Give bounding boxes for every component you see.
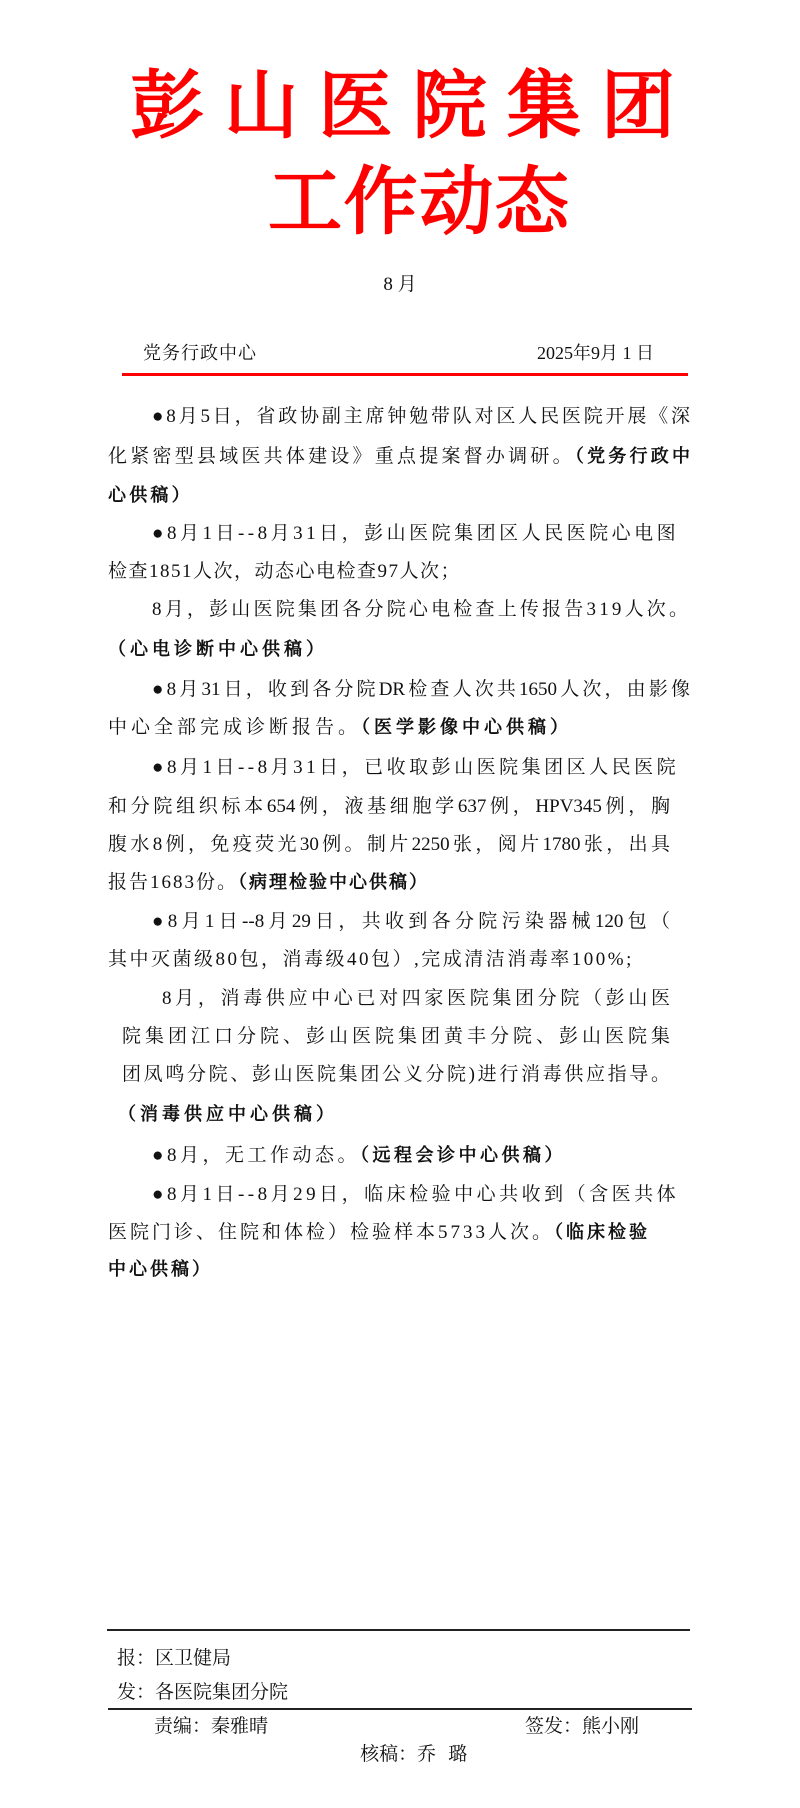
editor-credit: 责编：秦雅晴 [154,1712,268,1740]
source-note: 中心供稿） [108,1255,213,1285]
title-char: 山 [224,58,298,154]
issuer-credit: 签发：熊小刚 [525,1712,639,1740]
masthead-title-line1: 彭 山 医 院 集 团 [130,58,675,154]
source-note: （心电诊断中心供稿） [108,635,328,665]
source-note: （消毒供应中心供稿） [118,1100,338,1130]
source-note: 心供稿） [108,481,193,511]
issuing-department: 党务行政中心 [143,338,257,368]
body-line: ●8月31日，收到各分院DR检查人次共1650人次，由影像 [152,675,690,705]
issuer-label: 签发： [525,1715,582,1737]
body-line: 化紧密型县域医共体建设》重点提案督办调研。（党务行政中 [108,442,690,472]
footer-bottom-divider [108,1708,692,1710]
body-line: ●8月1日--8月31日，彭山医院集团区人民医院心电图 [152,519,679,549]
send-to-value: 各医院集团分院 [155,1681,288,1703]
send-to-label: 发： [117,1681,155,1703]
body-line: 其中灭菌级80包，消毒级40包）,完成清洁消毒率100%; [108,945,634,975]
title-char: 团 [601,58,675,154]
body-line: 8月，消毒供应中心已对四家医院集团分院（彭山医 [162,984,670,1014]
body-line: ●8月1日--8月31日，已收取彭山医院集团区人民医院 [152,753,679,783]
reviewer-name: 乔 璐 [417,1743,467,1765]
title-char: 态 [495,154,568,250]
report-to-line: 报：区卫健局 [117,1644,231,1672]
footer-top-divider [107,1629,690,1631]
title-char: 医 [318,58,392,154]
title-char: 动 [419,154,492,250]
body-line: 医院门诊、住院和体检）检验样本5733人次。（临床检验 [108,1218,650,1248]
body-line: ●8月1日--8月29日，共收到各分院污染器械120包（ [152,907,670,937]
masthead-title-line2: 工 作 动 态 [268,154,568,250]
title-char: 彭 [130,58,204,154]
reviewer-label: 核稿： [360,1743,417,1765]
issue-month: 8 月 [0,270,800,300]
editor-name: 秦雅晴 [211,1715,268,1737]
body-line: 报告1683份。（病理检验中心供稿） [108,868,429,898]
issue-date: 2025年9月 1 日 [537,338,654,368]
body-line: 中心全部完成诊断报告。（医学影像中心供稿） [108,713,572,743]
body-line: 腹水8例，免疫荧光30例。制片2250张，阅片1780张，出具 [108,830,670,860]
body-line: 8月，彭山医院集团各分院心电检查上传报告319人次。 [152,595,691,625]
body-line: ●8月1日--8月29日，临床检验中心共收到（含医共体 [152,1180,679,1210]
title-char: 院 [413,58,487,154]
body-line: 团凤鸣分院、彭山医院集团公义分院)进行消毒供应指导。 [122,1060,670,1090]
header-divider [122,373,688,376]
issuer-name: 熊小刚 [582,1715,639,1737]
report-to-value: 区卫健局 [155,1647,231,1669]
send-to-line: 发：各医院集团分院 [117,1678,288,1706]
title-char: 工 [268,154,341,250]
title-char: 集 [507,58,581,154]
body-line: ●8月5日，省政协副主席钟勉带队对区人民医院开展《深 [152,402,690,432]
body-line: ●8月，无工作动态。（远程会诊中心供稿） [152,1141,566,1171]
report-to-label: 报： [117,1647,155,1669]
body-line: 和分院组织标本654例，液基细胞学637例，HPV345例，胸 [108,792,670,822]
reviewer-credit: 核稿：乔 璐 [348,1712,467,1768]
body-line: 检查1851人次，动态心电检查97人次； [108,557,461,587]
editor-label: 责编： [154,1715,211,1737]
title-char: 作 [344,154,417,250]
body-line: 院集团江口分院、彭山医院集团黄丰分院、彭山医院集 [122,1022,670,1052]
